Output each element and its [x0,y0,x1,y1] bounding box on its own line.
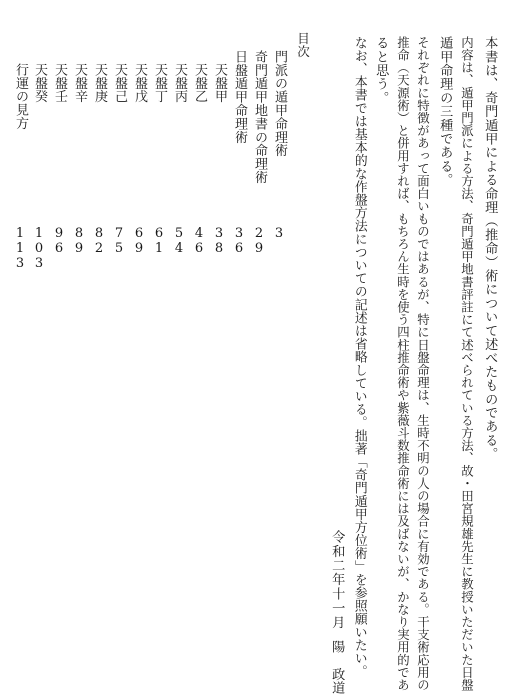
toc-page-number: 46 [193,226,205,256]
toc-item-label[interactable]: 門派の遁甲命理術 [273,50,286,157]
preface-line-2: 内容は、遁甲門派による方法、奇門遁甲地書評註にて述べられている方法、故・田宮規雄… [460,36,472,691]
toc-page-number: 54 [173,226,185,256]
toc-page-number: 96 [53,226,65,256]
preface-date: 令和二年十一月 [330,530,343,629]
toc-item-label[interactable]: 天盤甲 [213,63,226,103]
toc-page-number: 89 [73,226,85,256]
preface-line-7: なお、本書では基本的な作盤方法についての記述は省略している。拙著「奇門遁甲方位術… [352,36,365,678]
toc-item-label[interactable]: 天盤壬 [53,63,66,103]
preface-author: 陽 政道 [330,640,343,695]
toc-page-number: 69 [133,226,145,256]
toc-title: 目次 [296,32,309,58]
toc-item-label[interactable]: 天盤辛 [73,63,86,103]
toc-item-label[interactable]: 天盤丁 [153,63,166,103]
toc-page-number: 29 [253,226,265,256]
toc-item-label[interactable]: 行運の見方 [14,63,27,130]
toc-page-number: 75 [113,226,125,256]
toc-page-number: 82 [93,226,105,256]
preface-line-6: ると思う。 [374,36,387,105]
toc-item-label[interactable]: 天盤丙 [173,63,186,103]
toc-item-label[interactable]: 天盤己 [113,63,126,103]
toc-item-label[interactable]: 奇門遁甲地書の命理術 [253,50,266,184]
preface-line-4: それぞれに特徴があって面白いものではあるが、特に日盤命理は、生時不明の人の場合に… [416,36,428,691]
preface-line-3: 遁甲命理の三種である。 [438,36,451,187]
toc-page-number: 38 [213,226,225,256]
toc-item-label[interactable]: 日盤遁甲命理術 [233,50,246,144]
toc-page-number: 103 [33,226,45,271]
preface-line-1: 本書は、奇門遁甲による命理（推命）術について述べたものである。 [483,36,496,461]
toc-item-label[interactable]: 天盤庚 [93,63,106,103]
toc-page-number: 3 [273,226,285,241]
toc-page-number: 61 [153,226,165,256]
toc-page-number: 36 [233,226,245,256]
toc-page-number: 113 [14,226,26,271]
toc-item-label[interactable]: 天盤乙 [193,63,206,103]
toc-item-label[interactable]: 天盤癸 [33,63,46,103]
preface-line-5: 推命（天源術）と併用すれば、もちろん生時を使う四柱推命術や紫薇斗数推命術には及ば… [396,36,408,691]
toc-item-label[interactable]: 天盤戊 [133,63,146,103]
